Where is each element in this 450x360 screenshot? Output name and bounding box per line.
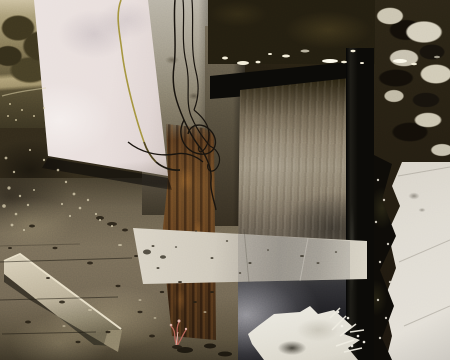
abandoned-room-photo <box>0 0 450 360</box>
film-grain <box>0 0 450 360</box>
